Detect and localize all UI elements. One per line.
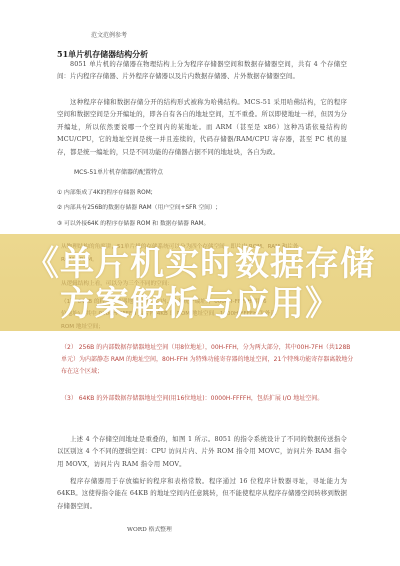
red-paragraph-internal-ram: （2） 256B 的内部数据存储器地址空间（用8位地址），00H-FFH，分为两…	[61, 342, 355, 379]
paragraph-overlap: 上述 4 个存储空间地址是重叠的，如图 1 所示。8051 的指令系统设计了不同…	[57, 433, 347, 470]
overlay-title-line2: 方案解析与应用》	[0, 284, 400, 324]
paragraph-program-memory: 程序存储器用于存放编好的程序和表格常数。程序通过 16 位程序计数器寻址，寻址能…	[57, 475, 347, 512]
feature-item: ① 内部集成了4K的程序存储器 ROM;	[57, 187, 153, 196]
paragraph-harvard: 这种程序存储和数据存储分开的结构形式被称为哈佛结构。MCS-51 采用哈佛结构，…	[57, 96, 347, 158]
feature-item: ③ 可以外接64K 的程序存储器 ROM 和 数据存储器 RAM。	[57, 218, 209, 227]
document-page: 范文范例参考 51单片机存储器结构分析 8051 单片机的存储器在物理结构上分为…	[0, 0, 400, 566]
overlay-title-line1: 《单片机实时数据存储	[0, 244, 400, 284]
paragraph-intro: 8051 单片机的存储器在物理结构上分为程序存储器空间和数据存储器空间，共有 4…	[57, 58, 347, 83]
header-note: 范文范例参考	[91, 30, 127, 39]
red-paragraph-external-ram: （3） 64KB 的外部数据存储器地址空间(用16位地址)：0000H-FFFF…	[61, 393, 355, 405]
sub-title: MCS-51单片机存储器的配置特点	[74, 167, 163, 176]
feature-item: ② 内部具有256B的数据存储器 RAM（用户空间+SFR 空间）;	[57, 202, 218, 211]
footer-note: WORD 格式整理	[127, 524, 172, 533]
